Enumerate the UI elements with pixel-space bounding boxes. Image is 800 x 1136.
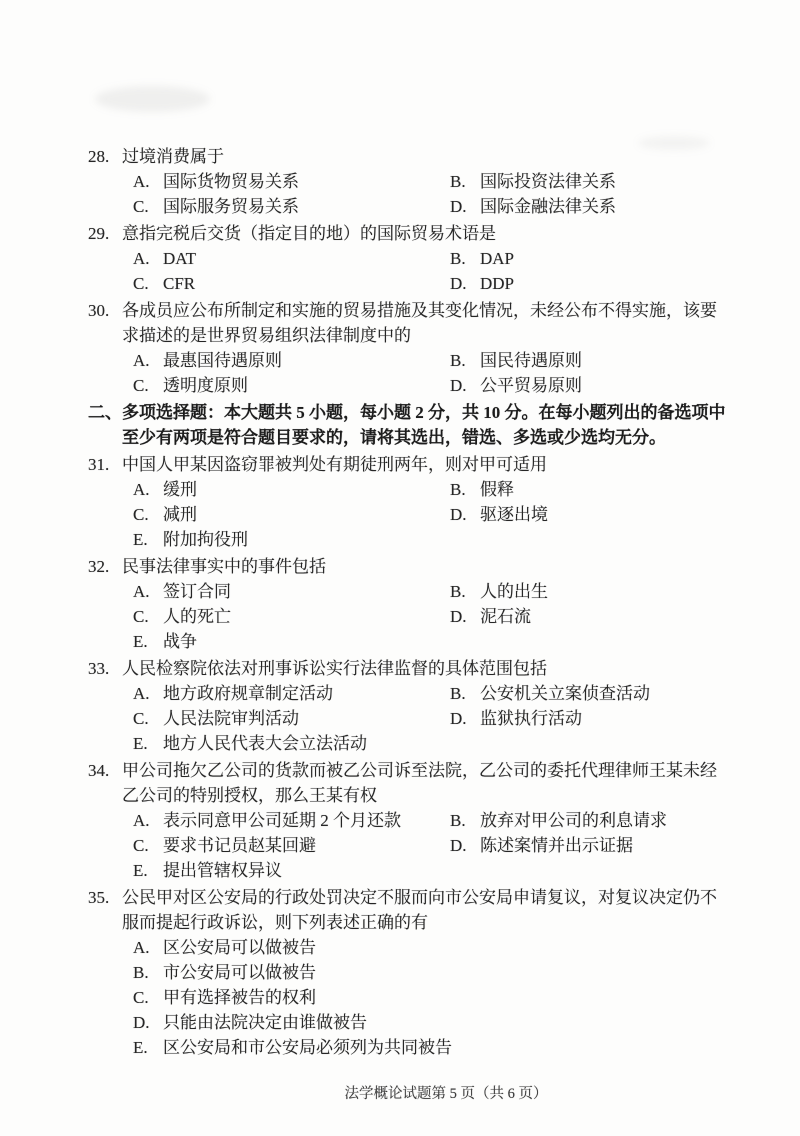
question-head: 28.过境消费属于	[88, 144, 726, 169]
option-text: 缓刑	[163, 477, 197, 502]
option-text: 驱逐出境	[480, 502, 548, 527]
question-stem: 各成员应公布所制定和实施的贸易措施及其变化情况，未经公布不得实施，该要求描述的是…	[122, 298, 726, 348]
question-29: 29.意指完税后交货（指定目的地）的国际贸易术语是A.DATB.DAPC.CFR…	[88, 221, 726, 296]
option-d: D.DDP	[450, 271, 726, 296]
question-31: 31.中国人甲某因盗窃罪被判处有期徒刑两年，则对甲可适用A.缓刑B.假释C.减刑…	[88, 452, 726, 552]
question-number: 33.	[88, 656, 122, 681]
option-label: A.	[133, 477, 163, 502]
option-text: 国际货物贸易关系	[163, 169, 299, 194]
options: A.最惠国待遇原则B.国民待遇原则C.透明度原则D.公平贸易原则	[133, 348, 726, 398]
option-label: C.	[133, 502, 163, 527]
option-label: E.	[133, 629, 163, 654]
option-c: C.甲有选择被告的权利	[133, 985, 726, 1010]
option-label: A.	[133, 681, 163, 706]
exam-page: 28.过境消费属于A.国际货物贸易关系B.国际投资法律关系C.国际服务贸易关系D…	[0, 0, 800, 1136]
option-text: 陈述案情并出示证据	[480, 833, 633, 858]
scan-smudge	[95, 86, 210, 112]
option-text: 甲有选择被告的权利	[163, 985, 316, 1010]
option-c: C.CFR	[133, 271, 450, 296]
option-label: B.	[450, 169, 480, 194]
option-text: 地方人民代表大会立法活动	[163, 731, 367, 756]
options: A.表示同意甲公司延期 2 个月还款B.放弃对甲公司的利息请求C.要求书记员赵某…	[133, 808, 726, 883]
option-text: 国际服务贸易关系	[163, 194, 299, 219]
question-stem: 民事法律事实中的事件包括	[122, 554, 726, 579]
option-label: E.	[133, 1035, 163, 1060]
option-text: DDP	[480, 271, 514, 296]
question-number: 35.	[88, 885, 122, 935]
option-c: C.要求书记员赵某回避	[133, 833, 450, 858]
question-stem: 甲公司拖欠乙公司的货款而被乙公司诉至法院，乙公司的委托代理律师王某未经乙公司的特…	[122, 758, 726, 808]
page-footer: 法学概论试题第 5 页（共 6 页）	[0, 1082, 800, 1103]
question-28: 28.过境消费属于A.国际货物贸易关系B.国际投资法律关系C.国际服务贸易关系D…	[88, 144, 726, 219]
option-text: 区公安局可以做被告	[163, 935, 316, 960]
option-c: C.人民法院审判活动	[133, 706, 450, 731]
option-a: A.签订合同	[133, 579, 450, 604]
question-head: 29.意指完税后交货（指定目的地）的国际贸易术语是	[88, 221, 726, 246]
section-heading-multiple-choice: 二、 多项选择题：本大题共 5 小题，每小题 2 分，共 10 分。在每小题列出…	[88, 400, 726, 450]
option-label: B.	[450, 681, 480, 706]
question-33: 33.人民检察院依法对刑事诉讼实行法律监督的具体范围包括A.地方政府规章制定活动…	[88, 656, 726, 756]
option-label: D.	[133, 1010, 163, 1035]
option-label: C.	[133, 985, 163, 1010]
option-label: D.	[450, 373, 480, 398]
option-label: A.	[133, 935, 163, 960]
option-e: E.附加拘役刑	[133, 527, 726, 552]
option-d: D.只能由法院决定由谁做被告	[133, 1010, 726, 1035]
option-text: 最惠国待遇原则	[163, 348, 282, 373]
option-text: DAT	[163, 246, 196, 271]
option-b: B.公安机关立案侦查活动	[450, 681, 726, 706]
option-text: 提出管辖权异议	[163, 858, 282, 883]
option-label: A.	[133, 169, 163, 194]
option-text: 表示同意甲公司延期 2 个月还款	[163, 808, 401, 833]
option-label: B.	[450, 477, 480, 502]
option-text: 监狱执行活动	[480, 706, 582, 731]
option-e: E.战争	[133, 629, 726, 654]
option-a: A.地方政府规章制定活动	[133, 681, 450, 706]
option-a: A.缓刑	[133, 477, 450, 502]
option-text: 国际金融法律关系	[480, 194, 616, 219]
option-text: CFR	[163, 271, 195, 296]
option-text: 公平贸易原则	[480, 373, 582, 398]
option-d: D.陈述案情并出示证据	[450, 833, 726, 858]
option-label: C.	[133, 373, 163, 398]
option-label: D.	[450, 271, 480, 296]
question-34: 34.甲公司拖欠乙公司的货款而被乙公司诉至法院，乙公司的委托代理律师王某未经乙公…	[88, 758, 726, 883]
exam-content: 28.过境消费属于A.国际货物贸易关系B.国际投资法律关系C.国际服务贸易关系D…	[88, 144, 726, 1062]
option-c: C.人的死亡	[133, 604, 450, 629]
question-number: 28.	[88, 144, 122, 169]
option-label: B.	[450, 808, 480, 833]
option-text: 假释	[480, 477, 514, 502]
option-text: 只能由法院决定由谁做被告	[163, 1010, 367, 1035]
question-stem: 中国人甲某因盗窃罪被判处有期徒刑两年，则对甲可适用	[122, 452, 726, 477]
question-35: 35.公民甲对区公安局的行政处罚决定不服而向市公安局申请复议，对复议决定仍不服而…	[88, 885, 726, 1060]
question-head: 33.人民检察院依法对刑事诉讼实行法律监督的具体范围包括	[88, 656, 726, 681]
options: A.区公安局可以做被告B.市公安局可以做被告C.甲有选择被告的权利D.只能由法院…	[133, 935, 726, 1060]
option-label: B.	[450, 579, 480, 604]
option-label: A.	[133, 808, 163, 833]
option-label: E.	[133, 731, 163, 756]
option-a: A.表示同意甲公司延期 2 个月还款	[133, 808, 450, 833]
option-text: 国际投资法律关系	[480, 169, 616, 194]
option-text: 减刑	[163, 502, 197, 527]
options: A.签订合同B.人的出生C.人的死亡D.泥石流E.战争	[133, 579, 726, 654]
question-number: 31.	[88, 452, 122, 477]
option-b: B.假释	[450, 477, 726, 502]
option-label: E.	[133, 858, 163, 883]
option-b: B.DAP	[450, 246, 726, 271]
option-a: A.DAT	[133, 246, 450, 271]
option-text: 泥石流	[480, 604, 531, 629]
option-label: A.	[133, 579, 163, 604]
section-instructions: 多项选择题：本大题共 5 小题，每小题 2 分，共 10 分。在每小题列出的备选…	[122, 400, 726, 450]
options: A.缓刑B.假释C.减刑D.驱逐出境E.附加拘役刑	[133, 477, 726, 552]
option-label: E.	[133, 527, 163, 552]
options: A.地方政府规章制定活动B.公安机关立案侦查活动C.人民法院审判活动D.监狱执行…	[133, 681, 726, 756]
question-30: 30.各成员应公布所制定和实施的贸易措施及其变化情况，未经公布不得实施，该要求描…	[88, 298, 726, 398]
option-label: C.	[133, 706, 163, 731]
option-text: 人民法院审判活动	[163, 706, 299, 731]
section-marker: 二、	[88, 400, 122, 450]
option-label: C.	[133, 194, 163, 219]
option-a: A.最惠国待遇原则	[133, 348, 450, 373]
option-label: C.	[133, 271, 163, 296]
options: A.DATB.DAPC.CFRD.DDP	[133, 246, 726, 296]
option-label: B.	[450, 348, 480, 373]
option-label: D.	[450, 706, 480, 731]
option-label: C.	[133, 833, 163, 858]
option-text: 附加拘役刑	[163, 527, 248, 552]
option-label: C.	[133, 604, 163, 629]
option-label: A.	[133, 246, 163, 271]
option-e: E.提出管辖权异议	[133, 858, 726, 883]
option-d: D.驱逐出境	[450, 502, 726, 527]
option-label: D.	[450, 194, 480, 219]
question-stem: 过境消费属于	[122, 144, 726, 169]
option-a: A.区公安局可以做被告	[133, 935, 726, 960]
question-number: 32.	[88, 554, 122, 579]
option-label: D.	[450, 833, 480, 858]
option-d: D.国际金融法律关系	[450, 194, 726, 219]
option-text: 放弃对甲公司的利息请求	[480, 808, 667, 833]
question-stem: 人民检察院依法对刑事诉讼实行法律监督的具体范围包括	[122, 656, 726, 681]
options: A.国际货物贸易关系B.国际投资法律关系C.国际服务贸易关系D.国际金融法律关系	[133, 169, 726, 219]
option-text: 地方政府规章制定活动	[163, 681, 333, 706]
option-text: 国民待遇原则	[480, 348, 582, 373]
question-head: 35.公民甲对区公安局的行政处罚决定不服而向市公安局申请复议，对复议决定仍不服而…	[88, 885, 726, 935]
multiple-choice-question-list: 31.中国人甲某因盗窃罪被判处有期徒刑两年，则对甲可适用A.缓刑B.假释C.减刑…	[88, 452, 726, 1060]
option-text: 人的出生	[480, 579, 548, 604]
question-head: 31.中国人甲某因盗窃罪被判处有期徒刑两年，则对甲可适用	[88, 452, 726, 477]
option-b: B.市公安局可以做被告	[133, 960, 726, 985]
option-d: D.泥石流	[450, 604, 726, 629]
option-label: D.	[450, 502, 480, 527]
option-b: B.国民待遇原则	[450, 348, 726, 373]
option-label: D.	[450, 604, 480, 629]
single-choice-question-list: 28.过境消费属于A.国际货物贸易关系B.国际投资法律关系C.国际服务贸易关系D…	[88, 144, 726, 398]
option-text: 区公安局和市公安局必须列为共同被告	[163, 1035, 452, 1060]
option-c: C.国际服务贸易关系	[133, 194, 450, 219]
option-label: A.	[133, 348, 163, 373]
option-a: A.国际货物贸易关系	[133, 169, 450, 194]
option-text: 透明度原则	[163, 373, 248, 398]
question-number: 34.	[88, 758, 122, 808]
option-b: B.人的出生	[450, 579, 726, 604]
question-number: 29.	[88, 221, 122, 246]
option-text: 要求书记员赵某回避	[163, 833, 316, 858]
question-head: 34.甲公司拖欠乙公司的货款而被乙公司诉至法院，乙公司的委托代理律师王某未经乙公…	[88, 758, 726, 808]
question-stem: 公民甲对区公安局的行政处罚决定不服而向市公安局申请复议，对复议决定仍不服而提起行…	[122, 885, 726, 935]
option-e: E.地方人民代表大会立法活动	[133, 731, 726, 756]
option-label: B.	[450, 246, 480, 271]
option-c: C.透明度原则	[133, 373, 450, 398]
option-d: D.公平贸易原则	[450, 373, 726, 398]
option-c: C.减刑	[133, 502, 450, 527]
option-text: 战争	[163, 629, 197, 654]
option-b: B.放弃对甲公司的利息请求	[450, 808, 726, 833]
option-d: D.监狱执行活动	[450, 706, 726, 731]
option-e: E.区公安局和市公安局必须列为共同被告	[133, 1035, 726, 1060]
question-head: 32.民事法律事实中的事件包括	[88, 554, 726, 579]
option-text: DAP	[480, 246, 514, 271]
option-label: B.	[133, 960, 163, 985]
option-text: 签订合同	[163, 579, 231, 604]
option-text: 公安机关立案侦查活动	[480, 681, 650, 706]
option-text: 人的死亡	[163, 604, 231, 629]
option-text: 市公安局可以做被告	[163, 960, 316, 985]
question-stem: 意指完税后交货（指定目的地）的国际贸易术语是	[122, 221, 726, 246]
question-head: 30.各成员应公布所制定和实施的贸易措施及其变化情况，未经公布不得实施，该要求描…	[88, 298, 726, 348]
question-32: 32.民事法律事实中的事件包括A.签订合同B.人的出生C.人的死亡D.泥石流E.…	[88, 554, 726, 654]
option-b: B.国际投资法律关系	[450, 169, 726, 194]
question-number: 30.	[88, 298, 122, 348]
